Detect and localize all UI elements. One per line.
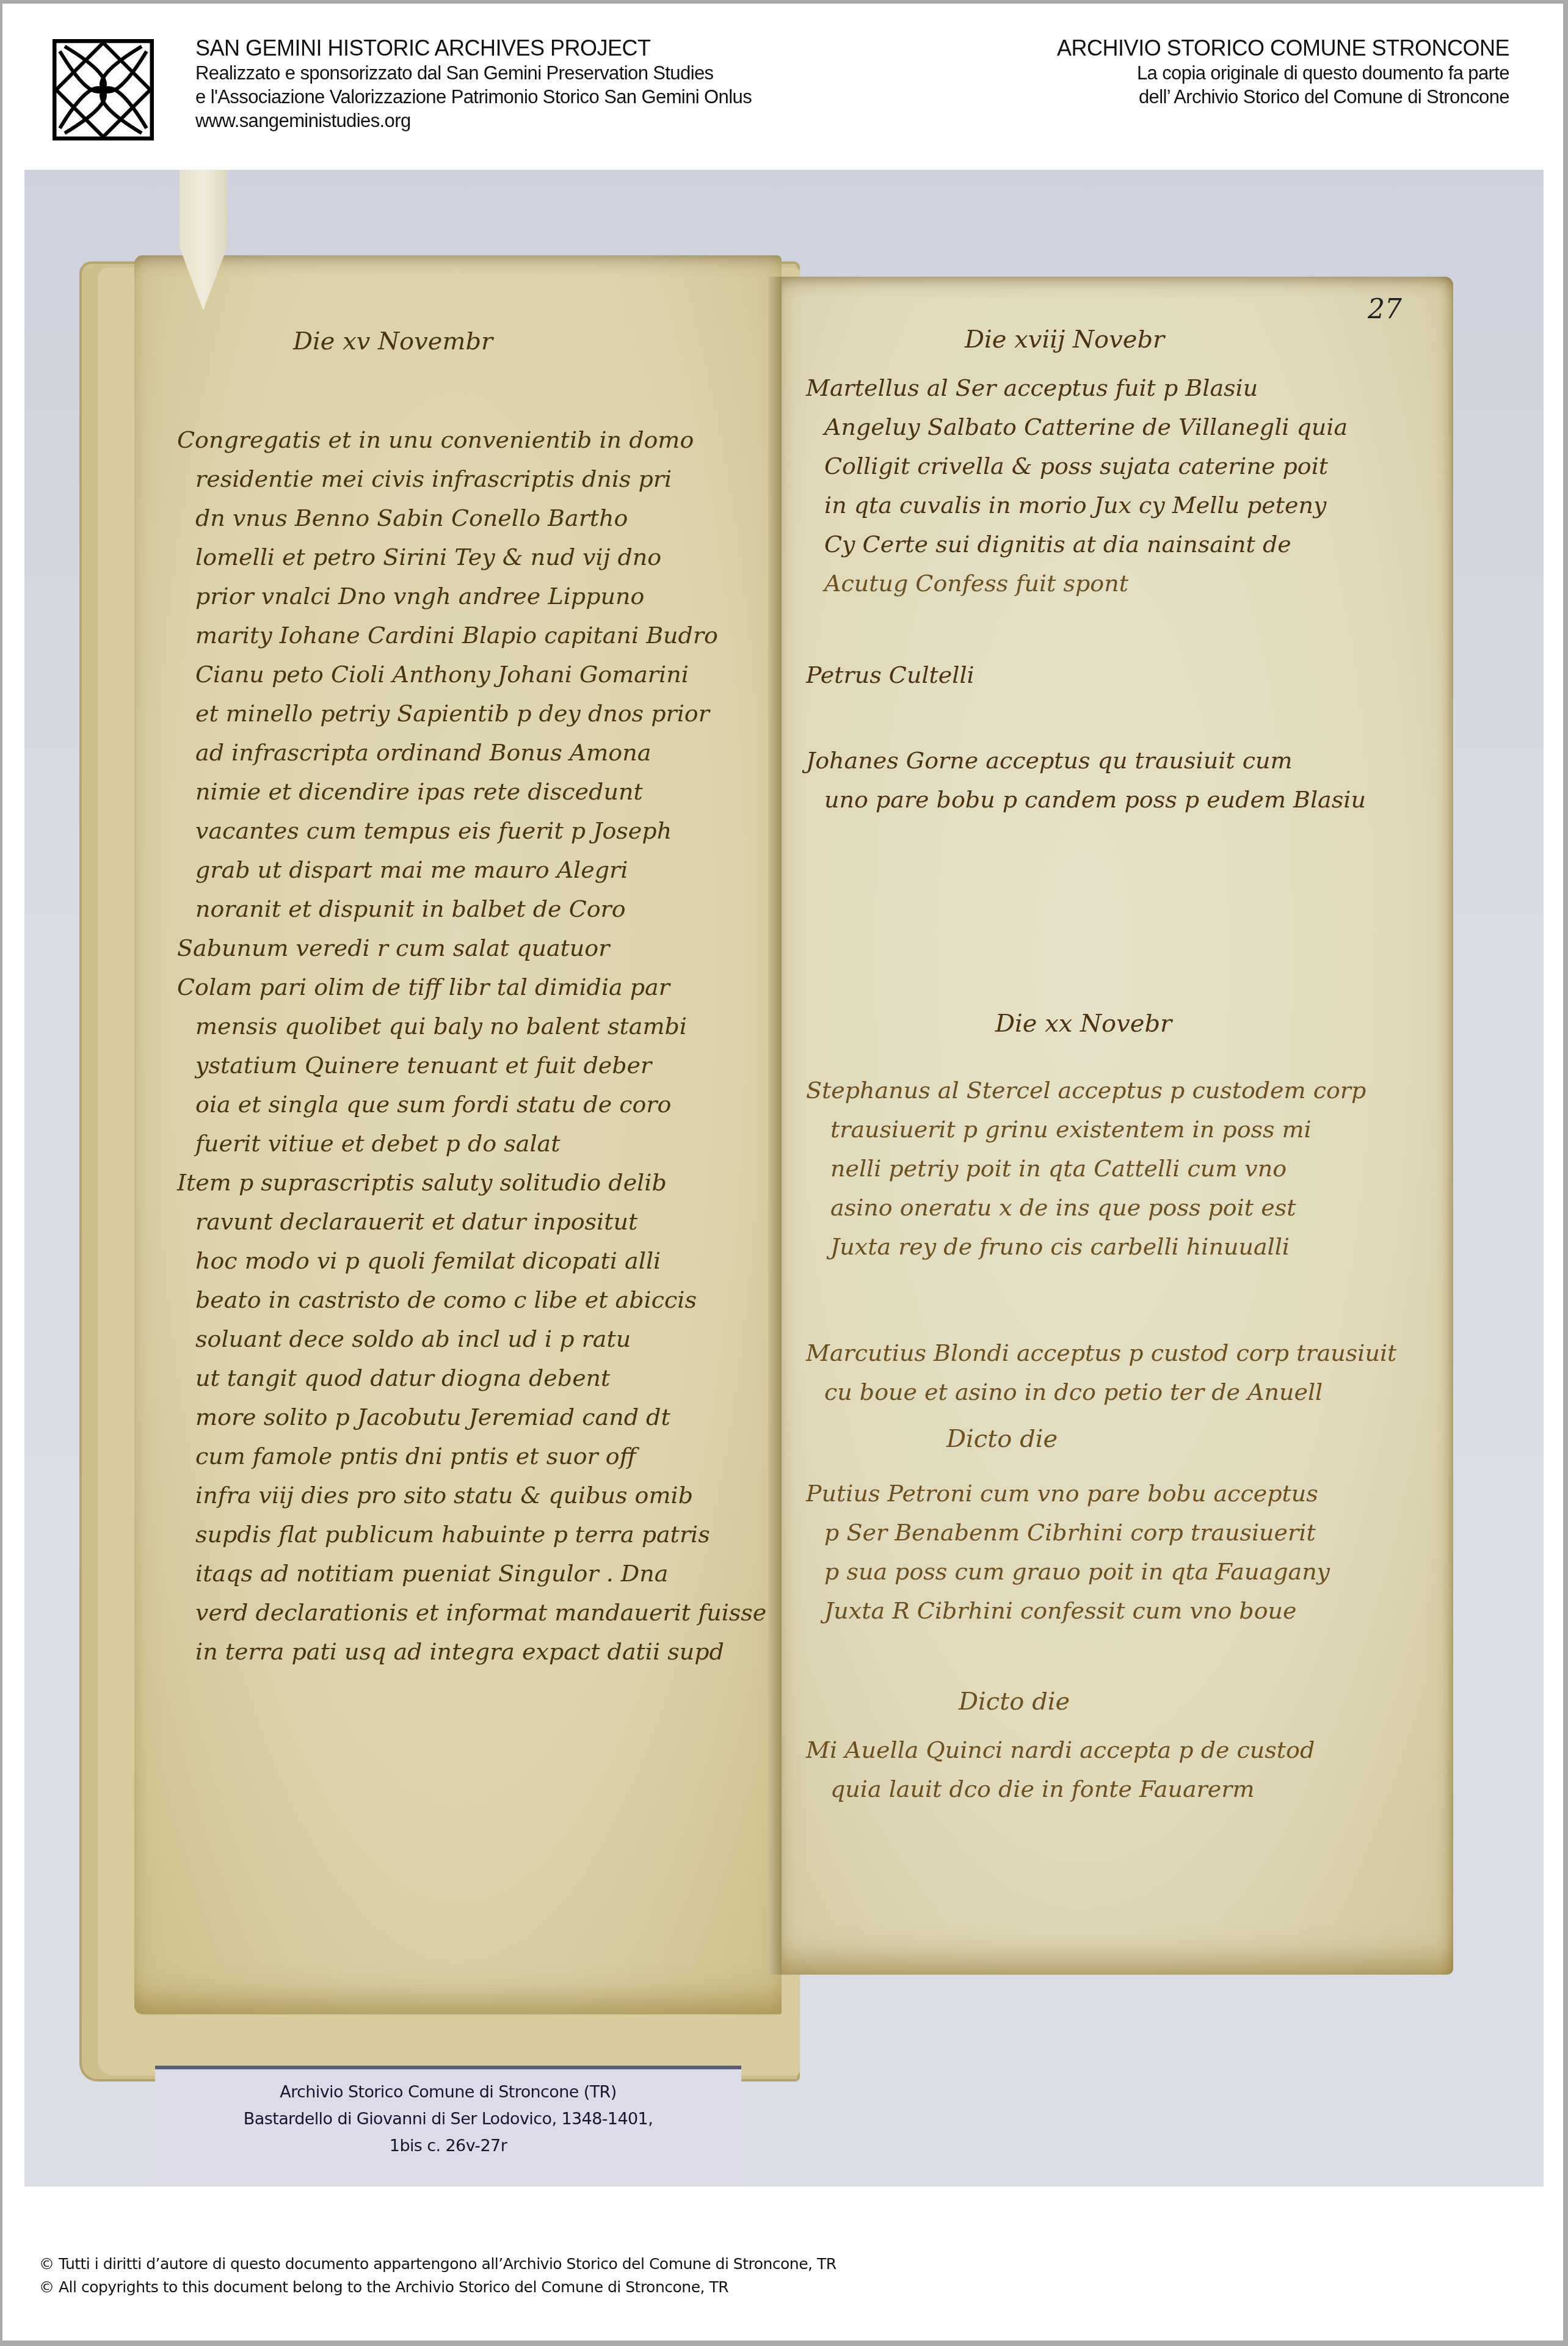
archive-line-1: La copia originale di questo doumento fa… xyxy=(1057,61,1509,85)
copyright-italian: © Tutti i diritti d’autore di questo doc… xyxy=(39,2255,837,2273)
entry-heading: Dicto die xyxy=(946,1425,1058,1453)
text-line: Item p suprascriptis saluty solitudio de… xyxy=(177,1163,748,1202)
text-line: Cy Certe sui dignitis at dia nainsaint d… xyxy=(824,525,1291,564)
left-page-text: Congregatis et in unu convenientib in do… xyxy=(177,420,748,1671)
manuscript-photo: Die xv Novembr Congregatis et in unu con… xyxy=(24,170,1544,2187)
text-line: Stephanus al Stercel acceptus p custodem… xyxy=(806,1071,1366,1110)
website-link[interactable]: www.sangeministudies.org xyxy=(195,109,752,133)
text-line: oia et singla que sum fordi statu de cor… xyxy=(195,1085,766,1124)
archive-line-2: dell’ Archivio Storico del Comune di Str… xyxy=(1057,85,1509,109)
celtic-knot-logo-icon xyxy=(53,39,154,140)
entry-heading: Dicto die xyxy=(959,1688,1070,1716)
sponsor-line-1: Realizzato e sponsorizzato dal San Gemin… xyxy=(195,61,752,85)
text-line: fuerit vitiue et debet p do salat xyxy=(195,1124,766,1163)
text-line: ravunt declarauerit et datur inpositut xyxy=(195,1202,766,1241)
text-line: trausiuerit p grinu existentem in poss m… xyxy=(830,1110,1312,1149)
text-line: hoc modo vi p quoli femilat dicopati all… xyxy=(195,1241,766,1280)
text-line: ut tangit quod datur diogna debent xyxy=(195,1358,766,1397)
text-line: Cianu peto Cioli Anthony Johani Gomarini xyxy=(195,655,766,694)
project-title: SAN GEMINI HISTORIC ARCHIVES PROJECT xyxy=(195,35,752,61)
text-line: prior vnalci Dno vngh andree Lippuno xyxy=(195,577,766,616)
text-line: noranit et dispunit in balbet de Coro xyxy=(195,889,766,928)
project-info: SAN GEMINI HISTORIC ARCHIVES PROJECT Rea… xyxy=(195,35,752,133)
text-line: uno pare bobu p candem poss p eudem Blas… xyxy=(824,780,1366,819)
archive-sheet: SAN GEMINI HISTORIC ARCHIVES PROJECT Rea… xyxy=(2,4,1563,2341)
text-line: asino oneratu x de ins que poss poit est xyxy=(830,1188,1296,1227)
text-line: Putius Petroni cum vno pare bobu acceptu… xyxy=(806,1474,1318,1513)
text-line: cum famole pntis dni pntis et suor off xyxy=(195,1437,766,1476)
entry-heading: Die xviij Novebr xyxy=(965,326,1164,354)
text-line: ad infrascripta ordinand Bonus Amona xyxy=(195,733,766,772)
sponsor-line-2: e l'Associazione Valorizzazione Patrimon… xyxy=(195,85,752,109)
text-line: Sabunum veredi r cum salat quatuor xyxy=(177,928,748,967)
text-line: Colam pari olim de tiff libr tal dimidia… xyxy=(177,967,748,1007)
text-line: Mi Auella Quinci nardi accepta p de cust… xyxy=(806,1730,1315,1769)
text-line: verd declarationis et informat mandaueri… xyxy=(195,1593,766,1632)
text-line: et minello petriy Sapientib p dey dnos p… xyxy=(195,694,766,733)
text-line: supdis flat publicum habuinte p terra pa… xyxy=(195,1515,766,1554)
folio-number: 27 xyxy=(1368,294,1402,325)
copyright-english: © All copyrights to this document belong… xyxy=(39,2278,728,2296)
text-line: p sua poss cum grauo poit in qta Fauagan… xyxy=(824,1552,1330,1591)
text-line: Acutug Confess fuit spont xyxy=(824,564,1128,603)
archive-info: ARCHIVIO STORICO COMUNE STRONCONE La cop… xyxy=(1057,35,1509,109)
text-line: dn vnus Benno Sabin Conello Bartho xyxy=(195,498,766,537)
text-line: in terra pati usq ad integra expact dati… xyxy=(195,1632,766,1671)
text-line: beato in castristo de como c libe et abi… xyxy=(195,1280,766,1319)
label-archive: Archivio Storico Comune di Stroncone (TR… xyxy=(155,2079,741,2106)
text-line: marity Iohane Cardini Blapio capitani Bu… xyxy=(195,616,766,655)
label-folio: 1bis c. 26v-27r xyxy=(155,2133,741,2160)
label-title: Bastardello di Giovanni di Ser Lodovico,… xyxy=(155,2106,741,2133)
text-line: mensis quolibet qui baly no balent stamb… xyxy=(195,1007,766,1046)
text-line: Marcutius Blondi acceptus p custod corp … xyxy=(806,1333,1396,1372)
text-line: Martellus al Ser acceptus fuit p Blasiu xyxy=(806,368,1258,407)
entry-heading: Die xx Novebr xyxy=(995,1010,1172,1038)
text-line: Juxta rey de fruno cis carbelli hinuuall… xyxy=(830,1227,1290,1266)
text-line: p Ser Benabenm Cibrhini corp trausiuerit xyxy=(824,1513,1316,1552)
catalog-label-card: Archivio Storico Comune di Stroncone (TR… xyxy=(155,2066,741,2184)
archive-title: ARCHIVIO STORICO COMUNE STRONCONE xyxy=(1057,35,1509,61)
left-page-heading: Die xv Novembr xyxy=(293,327,493,355)
text-line: Colligit crivella & poss sujata caterine… xyxy=(824,446,1328,486)
text-line: nelli petriy poit in qta Cattelli cum vn… xyxy=(830,1149,1287,1188)
text-line: Congregatis et in unu convenientib in do… xyxy=(177,420,748,459)
left-page-26v: Die xv Novembr Congregatis et in unu con… xyxy=(134,255,782,2014)
text-line: in qta cuvalis in morio Jux cy Mellu pet… xyxy=(824,486,1327,525)
text-line: nimie et dicendire ipas rete discedunt xyxy=(195,772,766,811)
footer: © Tutti i diritti d’autore di questo doc… xyxy=(2,2187,1563,2341)
text-line: Juxta R Cibrhini confessit cum vno boue xyxy=(824,1591,1297,1630)
text-line: Petrus Cultelli xyxy=(806,655,975,694)
text-line: lomelli et petro Sirini Tey & nud vij dn… xyxy=(195,537,766,577)
text-line: more solito p Jacobutu Jeremiad cand dt xyxy=(195,1397,766,1437)
right-page-27r: 27 Die xviij Novebr Martellus al Ser acc… xyxy=(782,277,1453,1975)
text-line: vacantes cum tempus eis fuerit p Joseph xyxy=(195,811,766,850)
text-line: Johanes Gorne acceptus qu trausiuit cum xyxy=(806,741,1292,780)
text-line: grab ut dispart mai me mauro Alegri xyxy=(195,850,766,889)
header: SAN GEMINI HISTORIC ARCHIVES PROJECT Rea… xyxy=(2,4,1563,167)
text-line: infra viij dies pro sito statu & quibus … xyxy=(195,1476,766,1515)
text-line: residentie mei civis infrascriptis dnis … xyxy=(195,459,766,498)
text-line: itaqs ad notitiam pueniat Singulor . Dna xyxy=(195,1554,766,1593)
text-line: ystatium Quinere tenuant et fuit deber xyxy=(195,1046,766,1085)
text-line: cu boue et asino in dco petio ter de Anu… xyxy=(824,1372,1323,1412)
text-line: quia lauit dco die in fonte Fauarerm xyxy=(830,1769,1254,1809)
text-line: Angeluy Salbato Catterine de Villanegli … xyxy=(824,407,1348,446)
text-line: soluant dece soldo ab incl ud i p ratu xyxy=(195,1319,766,1358)
